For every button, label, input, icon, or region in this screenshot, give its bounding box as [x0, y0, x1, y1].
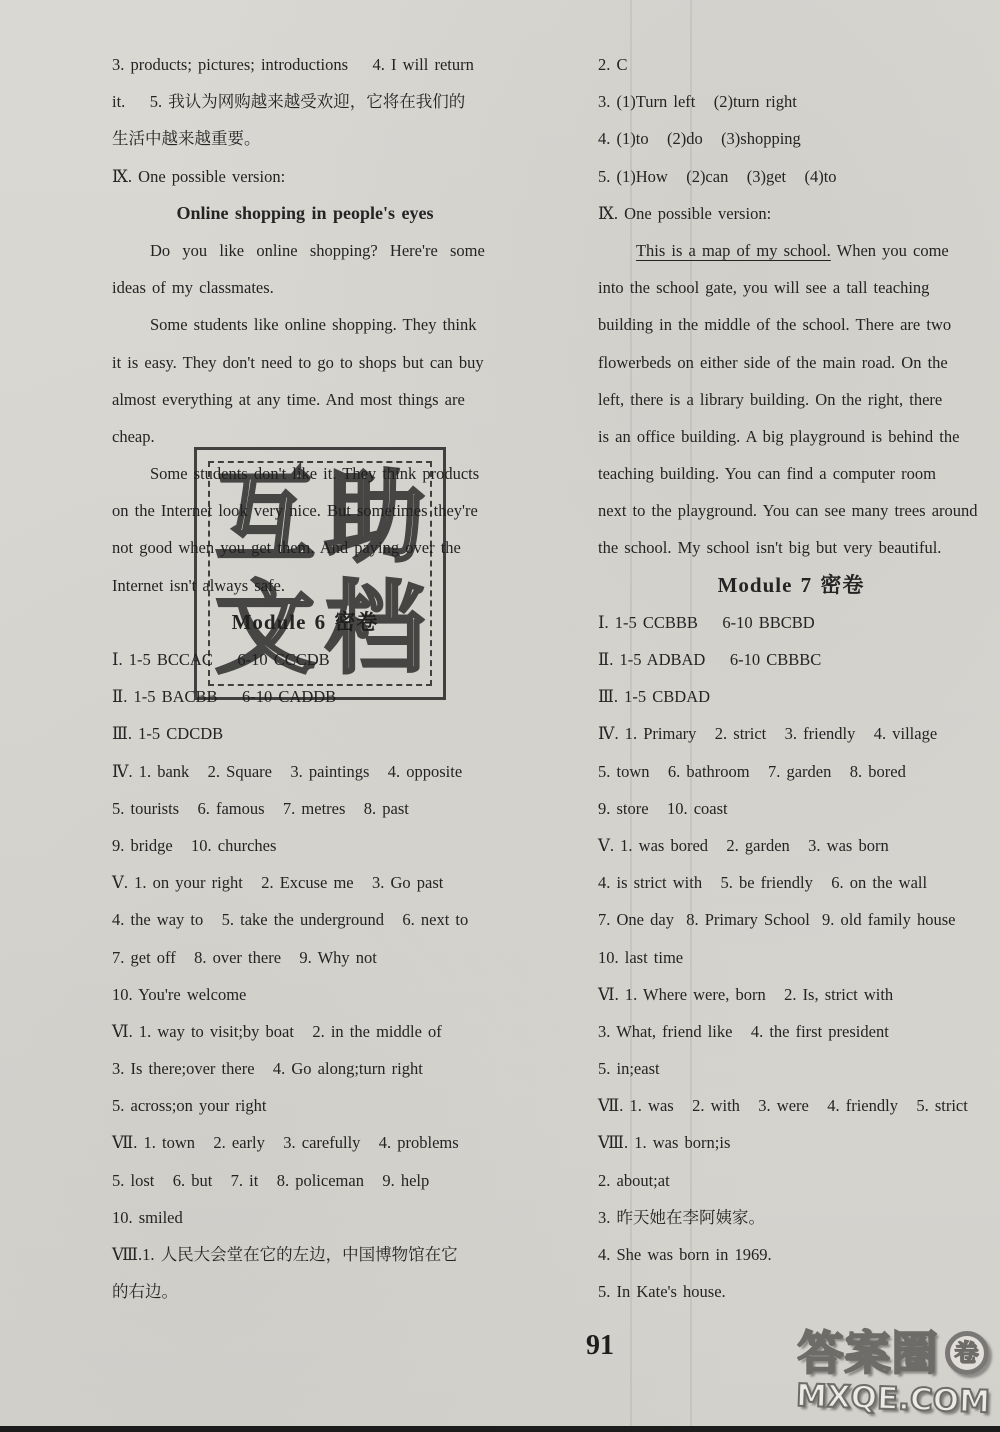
text-line: 2. about;at — [598, 1162, 984, 1199]
text-line: Ⅳ. 1. bank 2. Square 3. paintings 4. opp… — [112, 753, 498, 790]
logo-char: 卷 — [955, 1341, 979, 1365]
text-line: 7. get off 8. over there 9. Why not — [112, 939, 498, 976]
text-line: Ⅳ. 1. Primary 2. strict 3. friendly 4. v… — [598, 715, 984, 752]
brand-text: 答案圈 — [798, 1328, 939, 1379]
seal-inner-border: 互 助 文 档 — [208, 461, 432, 686]
text-line: Ⅸ. One possible version: — [598, 195, 984, 232]
text-line: the school. My school isn't big but very… — [598, 529, 984, 566]
text-line: 10. smiled — [112, 1199, 498, 1236]
text-line: almost everything at any time. And most … — [112, 381, 498, 418]
text-line: ideas of my classmates. — [112, 269, 498, 306]
seal-char-wen: 文 — [215, 579, 315, 679]
text-line: 3. 昨天她在李阿姨家。 — [598, 1199, 984, 1236]
text-line: This is a map of my school. When you com… — [598, 232, 984, 269]
watermark-brand-row: 答案圈 卷 — [788, 1328, 998, 1379]
seal-char-dang: 档 — [325, 579, 425, 679]
site-url-text: MXQE.COM — [787, 1377, 998, 1420]
text-line: Ⅵ. 1. Where were, born 2. Is, strict wit… — [598, 976, 984, 1013]
text-line: 的右边。 — [112, 1273, 498, 1310]
help-document-seal-stamp: 互 助 文 档 — [194, 447, 446, 700]
module-title: Module 7 密卷 — [598, 567, 984, 604]
text-line: 4. (1)to (2)do (3)shopping — [598, 120, 984, 157]
text-line: 10. You're welcome — [112, 976, 498, 1013]
text-line: is an office building. A big playground … — [598, 418, 984, 455]
text-line: Ⅲ. 1-5 CDCDB — [112, 715, 498, 752]
text-line: Ⅸ. One possible version: — [112, 158, 498, 195]
text-line: Ⅴ. 1. was bored 2. garden 3. was born — [598, 827, 984, 864]
page-number: 91 — [586, 1330, 614, 1362]
underlined-text: This is a map of my school. — [636, 241, 831, 260]
text-line: Ⅴ. 1. on your right 2. Excuse me 3. Go p… — [112, 864, 498, 901]
text-line: Ⅱ. 1-5 ADBAD 6-10 CBBBC — [598, 641, 984, 678]
text-line: 生活中越来越重要。 — [112, 120, 498, 157]
text-line: Ⅷ.1. 人民大会堂在它的左边，中国博物馆在它 — [112, 1236, 498, 1273]
text-line: 5. tourists 6. famous 7. metres 8. past — [112, 790, 498, 827]
text-line: Ⅲ. 1-5 CBDAD — [598, 678, 984, 715]
text-line: it. 5. 我认为网购越来越受欢迎，它将在我们的 — [112, 83, 498, 120]
text-line: 3. What, friend like 4. the first presid… — [598, 1013, 984, 1050]
seal-char-zhu: 助 — [325, 468, 425, 568]
text-line: into the school gate, you will see a tal… — [598, 269, 984, 306]
text-line: teaching building. You can find a comput… — [598, 455, 984, 492]
scan-crease — [690, 0, 692, 1432]
text-line: Ⅵ. 1. way to visit;by boat 2. in the mid… — [112, 1013, 498, 1050]
text-line: 5. town 6. bathroom 7. garden 8. bored — [598, 753, 984, 790]
text-line: Do you like online shopping? Here're som… — [112, 232, 498, 269]
text-line: 5. lost 6. but 7. it 8. policeman 9. hel… — [112, 1162, 498, 1199]
text-line: 4. the way to 5. take the underground 6.… — [112, 901, 498, 938]
text-line: 4. She was born in 1969. — [598, 1236, 984, 1273]
text-line: Some students like online shopping. They… — [112, 306, 498, 343]
text-line: 3. Is there;over there 4. Go along;turn … — [112, 1050, 498, 1087]
text-line: building in the middle of the school. Th… — [598, 306, 984, 343]
brand-circle-logo-icon: 卷 — [945, 1331, 989, 1375]
site-watermark: 答案圈 卷 MXQE.COM — [788, 1328, 998, 1417]
text-line: 9. bridge 10. churches — [112, 827, 498, 864]
text-line: flowerbeds on either side of the main ro… — [598, 344, 984, 381]
text-line: Ⅰ. 1-5 CCBBB 6-10 BBCBD — [598, 604, 984, 641]
text-line: 5. across;on your right — [112, 1087, 498, 1124]
text-line: left, there is a library building. On th… — [598, 381, 984, 418]
scan-bottom-edge — [0, 1426, 1000, 1432]
text-line: 3. (1)Turn left (2)turn right — [598, 83, 984, 120]
text-line: 10. last time — [598, 939, 984, 976]
text-line: 7. One day 8. Primary School 9. old fami… — [598, 901, 984, 938]
seal-char-hu: 互 — [215, 468, 315, 568]
text-line: 4. is strict with 5. be friendly 6. on t… — [598, 864, 984, 901]
text-line: 9. store 10. coast — [598, 790, 984, 827]
text-line: 3. products; pictures; introductions 4. … — [112, 46, 498, 83]
text-line: 5. (1)How (2)can (3)get (4)to — [598, 158, 984, 195]
text-line: next to the playground. You can see many… — [598, 492, 984, 529]
text-line: Ⅷ. 1. was born;is — [598, 1124, 984, 1161]
text-line: 2. C — [598, 46, 984, 83]
essay-title: Online shopping in people's eyes — [112, 195, 498, 232]
text-line: Ⅶ. 1. town 2. early 3. carefully 4. prob… — [112, 1124, 498, 1161]
right-column: 2. C3. (1)Turn left (2)turn right4. (1)t… — [598, 46, 984, 1310]
text-line: 5. In Kate's house. — [598, 1273, 984, 1310]
text-line: it is easy. They don't need to go to sho… — [112, 344, 498, 381]
scan-crease — [630, 0, 632, 1432]
text-line: 5. in;east — [598, 1050, 984, 1087]
text-line: Ⅶ. 1. was 2. with 3. were 4. friendly 5.… — [598, 1087, 984, 1124]
